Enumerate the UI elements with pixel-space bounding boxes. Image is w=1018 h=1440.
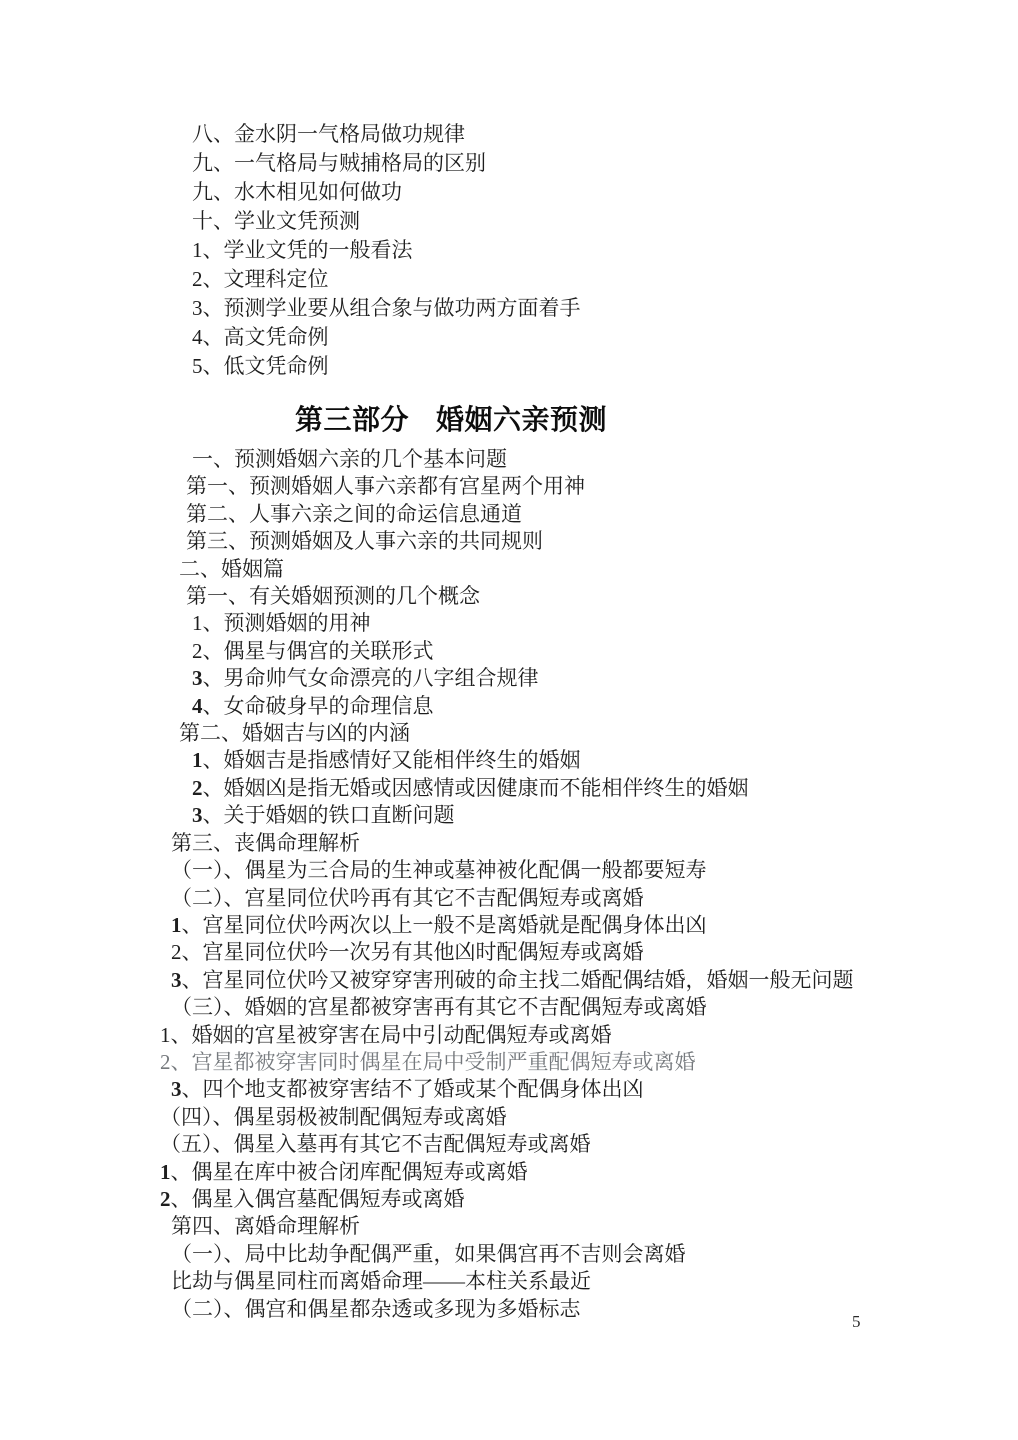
toc-top-list: 八、金水阴一气格局做功规律九、一气格局与贼捕格局的区别九、水木相见如何做功十、学… <box>0 120 1018 381</box>
toc-line: （三）、婚姻的宫星都被穿害再有其它不吉配偶短寿或离婚 <box>0 994 1018 1021</box>
toc-line: （一）、偶星为三合局的生神或墓神被化配偶一般都要短寿 <box>0 857 1018 884</box>
toc-line: 1、预测婚姻的用神 <box>0 610 1018 637</box>
toc-line: （五）、偶星入墓再有其它不吉配偶短寿或离婚 <box>0 1131 1018 1158</box>
toc-line: 二、婚姻篇 <box>0 556 1018 583</box>
toc-line: 2、婚姻凶是指无婚或因感情或因健康而不能相伴终生的婚姻 <box>0 775 1018 802</box>
toc-main-list: 一、预测婚姻六亲的几个基本问题第一、预测婚姻人事六亲都有宫星两个用神第二、人事六… <box>0 446 1018 1323</box>
toc-line: 第三、丧偶命理解析 <box>0 830 1018 857</box>
toc-line: 3、四个地支都被穿害结不了婚或某个配偶身体出凶 <box>0 1076 1018 1103</box>
section-heading: 第三部分 婚姻六亲预测 <box>295 400 607 440</box>
toc-line: 2、文理科定位 <box>0 265 1018 294</box>
toc-line: 第一、有关婚姻预测的几个概念 <box>0 583 1018 610</box>
toc-line: 2、宫星都被穿害同时偶星在局中受制严重配偶短寿或离婚 <box>0 1049 1018 1076</box>
toc-line: 2、宫星同位伏吟一次另有其他凶时配偶短寿或离婚 <box>0 939 1018 966</box>
toc-line: 1、宫星同位伏吟两次以上一般不是离婚就是配偶身体出凶 <box>0 912 1018 939</box>
toc-line: 第三、预测婚姻及人事六亲的共同规则 <box>0 528 1018 555</box>
toc-line: 第四、离婚命理解析 <box>0 1213 1018 1240</box>
toc-line: （二）、偶宫和偶星都杂透或多现为多婚标志 <box>0 1296 1018 1323</box>
toc-line: 5、低文凭命例 <box>0 352 1018 381</box>
toc-line: 1、婚姻吉是指感情好又能相伴终生的婚姻 <box>0 747 1018 774</box>
toc-line: 4、女命破身早的命理信息 <box>0 693 1018 720</box>
toc-line: 第二、婚姻吉与凶的内涵 <box>0 720 1018 747</box>
toc-line: 一、预测婚姻六亲的几个基本问题 <box>0 446 1018 473</box>
toc-line: 第二、人事六亲之间的命运信息通道 <box>0 501 1018 528</box>
document-page: 八、金水阴一气格局做功规律九、一气格局与贼捕格局的区别九、水木相见如何做功十、学… <box>0 0 1018 1440</box>
toc-line: 3、预测学业要从组合象与做功两方面着手 <box>0 294 1018 323</box>
section-title: 婚姻六亲预测 <box>436 400 607 440</box>
toc-line: 2、偶星入偶宫墓配偶短寿或离婚 <box>0 1186 1018 1213</box>
toc-line: 3、男命帅气女命漂亮的八字组合规律 <box>0 665 1018 692</box>
toc-line: 第一、预测婚姻人事六亲都有宫星两个用神 <box>0 473 1018 500</box>
toc-line: （二）、宫星同位伏吟再有其它不吉配偶短寿或离婚 <box>0 885 1018 912</box>
toc-line: 1、婚姻的宫星被穿害在局中引动配偶短寿或离婚 <box>0 1022 1018 1049</box>
toc-line: 3、关于婚姻的铁口直断问题 <box>0 802 1018 829</box>
toc-line: （一）、局中比劫争配偶严重，如果偶宫再不吉则会离婚 <box>0 1241 1018 1268</box>
toc-line: 2、偶星与偶宫的关联形式 <box>0 638 1018 665</box>
toc-line: 八、金水阴一气格局做功规律 <box>0 120 1018 149</box>
toc-line: 3、宫星同位伏吟又被穿穿害刑破的命主找二婚配偶结婚，婚姻一般无问题 <box>0 967 1018 994</box>
toc-line: 比劫与偶星同柱而离婚命理——本柱关系最近 <box>0 1268 1018 1295</box>
toc-line: （四）、偶星弱极被制配偶短寿或离婚 <box>0 1104 1018 1131</box>
section-part-label: 第三部分 <box>295 400 409 440</box>
toc-line: 十、学业文凭预测 <box>0 207 1018 236</box>
toc-line: 九、一气格局与贼捕格局的区别 <box>0 149 1018 178</box>
page-number: 5 <box>852 1311 861 1333</box>
toc-line: 4、高文凭命例 <box>0 323 1018 352</box>
toc-line: 1、学业文凭的一般看法 <box>0 236 1018 265</box>
toc-line: 九、水木相见如何做功 <box>0 178 1018 207</box>
toc-line: 1、偶星在库中被合闭库配偶短寿或离婚 <box>0 1159 1018 1186</box>
